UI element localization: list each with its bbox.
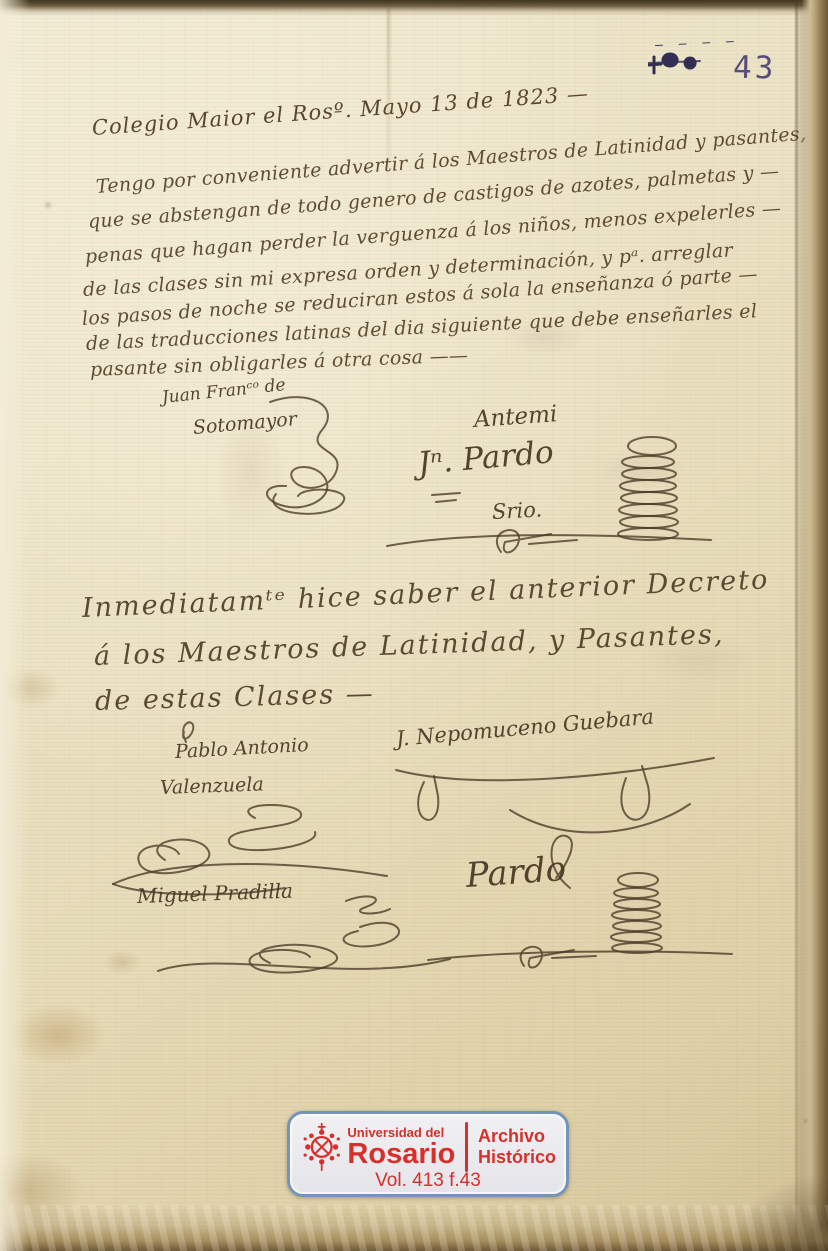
pardo2-underline-flourish — [424, 938, 736, 978]
sotomayor-rubric-flourish — [242, 396, 392, 521]
volume-folio-reference: Vol. 413 f.43 — [290, 1170, 566, 1192]
badge-divider — [465, 1122, 468, 1172]
archive-label-line1: Archivo — [478, 1126, 556, 1147]
signature-secretary-second: Pardo — [465, 849, 568, 896]
university-name-label: Rosario — [347, 1140, 455, 1169]
university-small-label: Universidad del — [347, 1126, 455, 1139]
page-edge-top-light — [0, 0, 240, 16]
university-name-block: Universidad del Rosario — [347, 1126, 455, 1169]
archive-badge-row: Universidad del Rosario Archivo Históric… — [290, 1114, 566, 1175]
archive-name-block: Archivo Histórico — [478, 1126, 556, 1167]
archive-badge: Universidad del Rosario Archivo Históric… — [287, 1111, 569, 1197]
page-edge-top — [0, 0, 828, 16]
rosario-crest-logo — [302, 1119, 341, 1175]
pradilla-rubric-flourish — [150, 893, 460, 988]
manuscript-scan-page: – – – – 43 Colegio Maior el Rosº. Mayo 1… — [0, 0, 828, 1251]
folio-dash-marks: – – – – — [655, 34, 738, 53]
crossed-out-folio-marks — [648, 52, 728, 78]
page-corner-shadow — [688, 1141, 828, 1251]
signature-secretary-name: Jⁿ. Pardo — [416, 434, 555, 482]
page-edge-left — [0, 0, 30, 1251]
folio-number-stamp: 43 — [733, 50, 777, 87]
secretary-underline-marks — [430, 492, 464, 506]
document-heading-dateline: Colegio Maior el Rosº. Mayo 13 de 1823 — — [91, 81, 589, 140]
secretary-underline-flourish — [383, 520, 715, 562]
page-edge-right-crease — [795, 0, 798, 1251]
signature-attestation: Antemi — [473, 401, 558, 433]
closing-note-line: á los Maestros de Latinidad, y Pasantes, — [93, 619, 724, 672]
closing-note-line: Inmediatamᵗᵉ hice saber el anterior Decr… — [81, 564, 770, 624]
page-edge-bottom — [0, 1205, 828, 1251]
closing-note-line: de estas Clases — — [95, 678, 375, 717]
signature-witness1-line2: Valenzuela — [160, 773, 264, 799]
signature-witness2: J. Nepomuceno Guebara — [395, 704, 655, 750]
page-edge-right — [794, 0, 828, 1251]
archive-label-line2: Histórico — [478, 1147, 556, 1168]
